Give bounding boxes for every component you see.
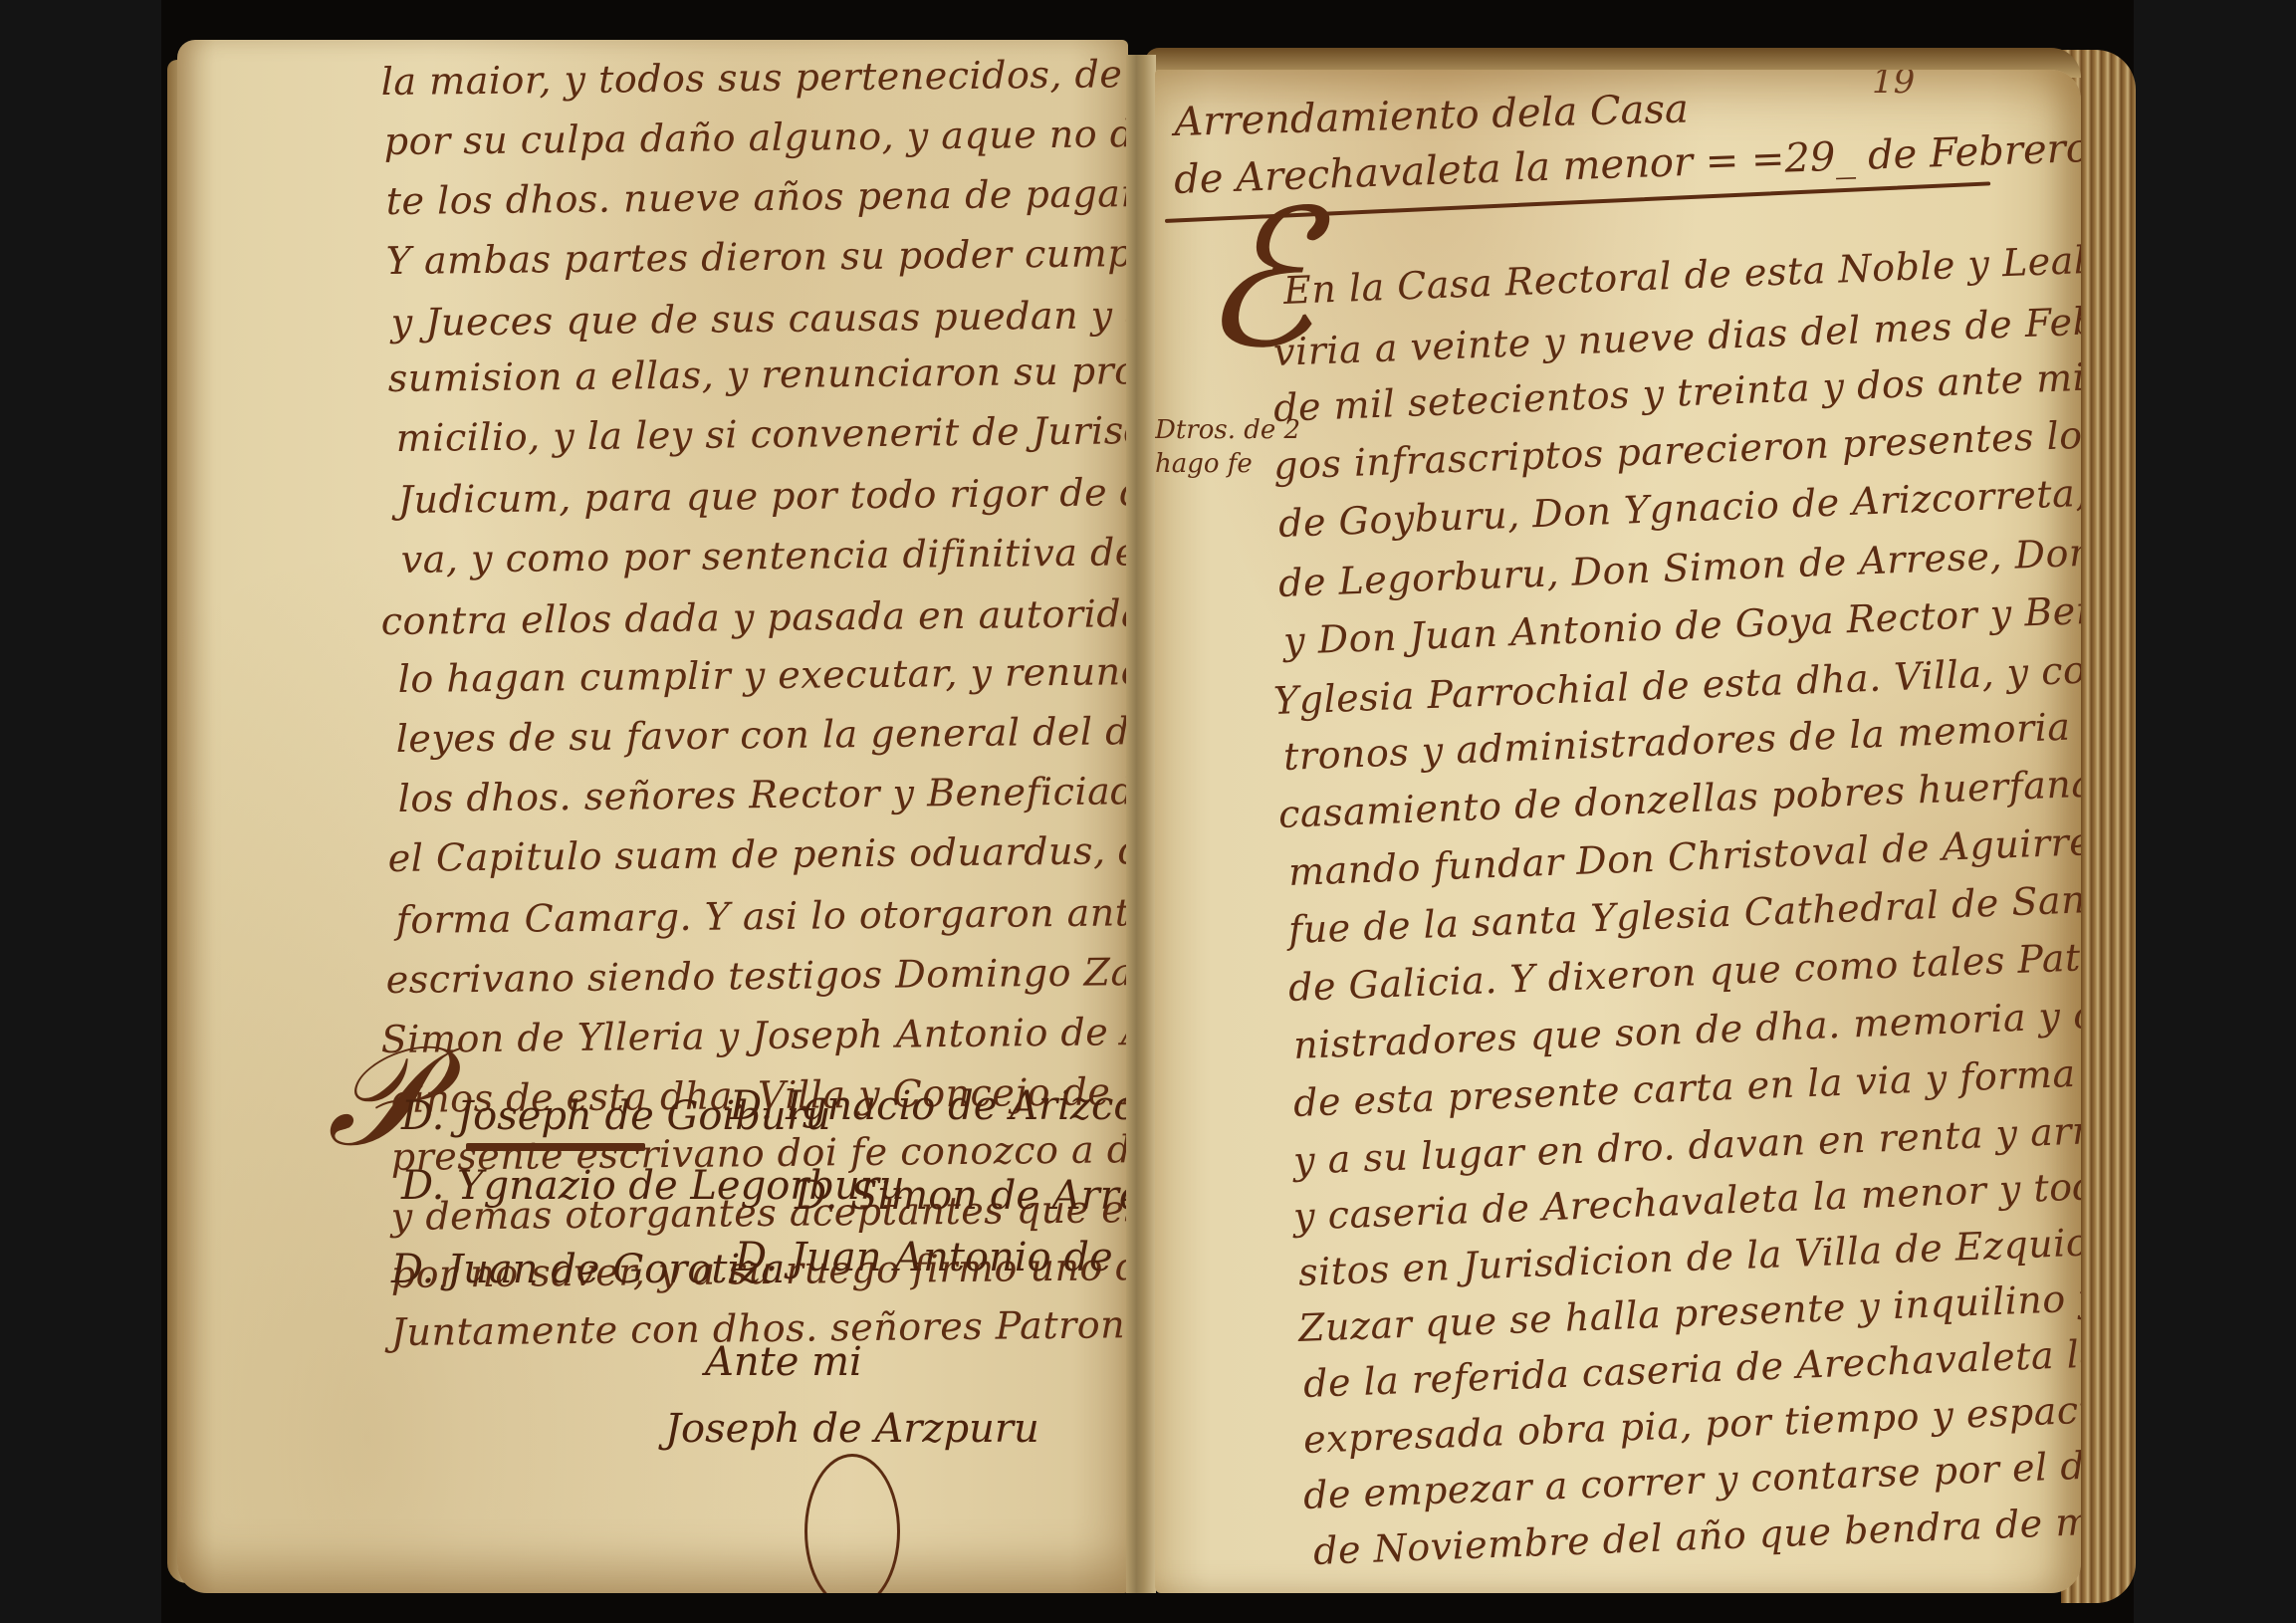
notary-flourish — [804, 1454, 900, 1593]
left-line-5: y Jueces que de sus causas puedan y deba… — [391, 289, 1128, 345]
right-line-23: de Noviembre del año que bendra de mil s… — [1312, 1483, 2081, 1573]
left-line-9: va, y como por sentencia difinitiva de J… — [401, 527, 1128, 581]
left-line-4: Y ambas partes dieron su poder cumplido … — [386, 227, 1128, 283]
letterbox-right — [2134, 0, 2296, 1623]
left-line-6: sumision a ellas, y renunciaron su propi… — [388, 346, 1128, 400]
left-line-1: la maior, y todos sus pertenecidos, de f… — [381, 47, 1128, 104]
right-page-lower-text: de Noviembre del año que bendra de mil s… — [1155, 70, 2081, 1593]
signature-simon-arrese: D. Simon de Arrese — [795, 1173, 1128, 1219]
bleed-through-text — [217, 159, 228, 199]
left-line-12: leyes de su favor con la general del dro… — [396, 705, 1128, 761]
left-line-16: escrivano siendo testigos Domingo Zavala… — [386, 947, 1128, 1002]
left-line-3: te los dhos. nueve años pena de pagar la… — [386, 168, 1128, 223]
left-line-8: Judicum, para que por todo rigor de dro.… — [398, 467, 1128, 522]
left-line-10: contra ellos dada y pasada en autoridad … — [381, 587, 1128, 643]
left-line-13: los dhos. señores Rector y Beneficiados … — [398, 766, 1128, 820]
left-line-14: el Capitulo suam de penis oduardus, de s… — [388, 825, 1128, 880]
signature-underline — [466, 1143, 645, 1151]
letterbox-left — [0, 0, 161, 1623]
signature-juan-antonio-goya: D. Juan Antonio de Goya y Beidama — [735, 1235, 1128, 1280]
book-gutter — [1126, 55, 1156, 1593]
left-page: la maior, y todos sus pertenecidos, de f… — [177, 40, 1128, 1593]
left-line-7: micilio, y la ley si convenerit de Juris… — [396, 405, 1128, 460]
left-line-11: lo hagan cumplir y executar, y renunciar… — [398, 646, 1128, 701]
notary-signature-name: Joseph de Arzpuru — [665, 1406, 1039, 1452]
notary-signature-ante-mi: Ante mi — [705, 1339, 862, 1385]
left-line-2: por su culpa daño alguno, y aque no desa… — [384, 108, 1128, 163]
left-line-15: forma Camarg. Y asi lo otorgaron ante mi… — [396, 887, 1128, 942]
left-line-17: Simon de Ylleria y Joseph Antonio de Arz… — [381, 1008, 1128, 1061]
signature-juan-gorotiza: D. Juan de Gorotiza — [391, 1247, 785, 1292]
signature-ignacio-arizcorreta: D. Ignacio de Arizcorreta — [730, 1083, 1128, 1129]
